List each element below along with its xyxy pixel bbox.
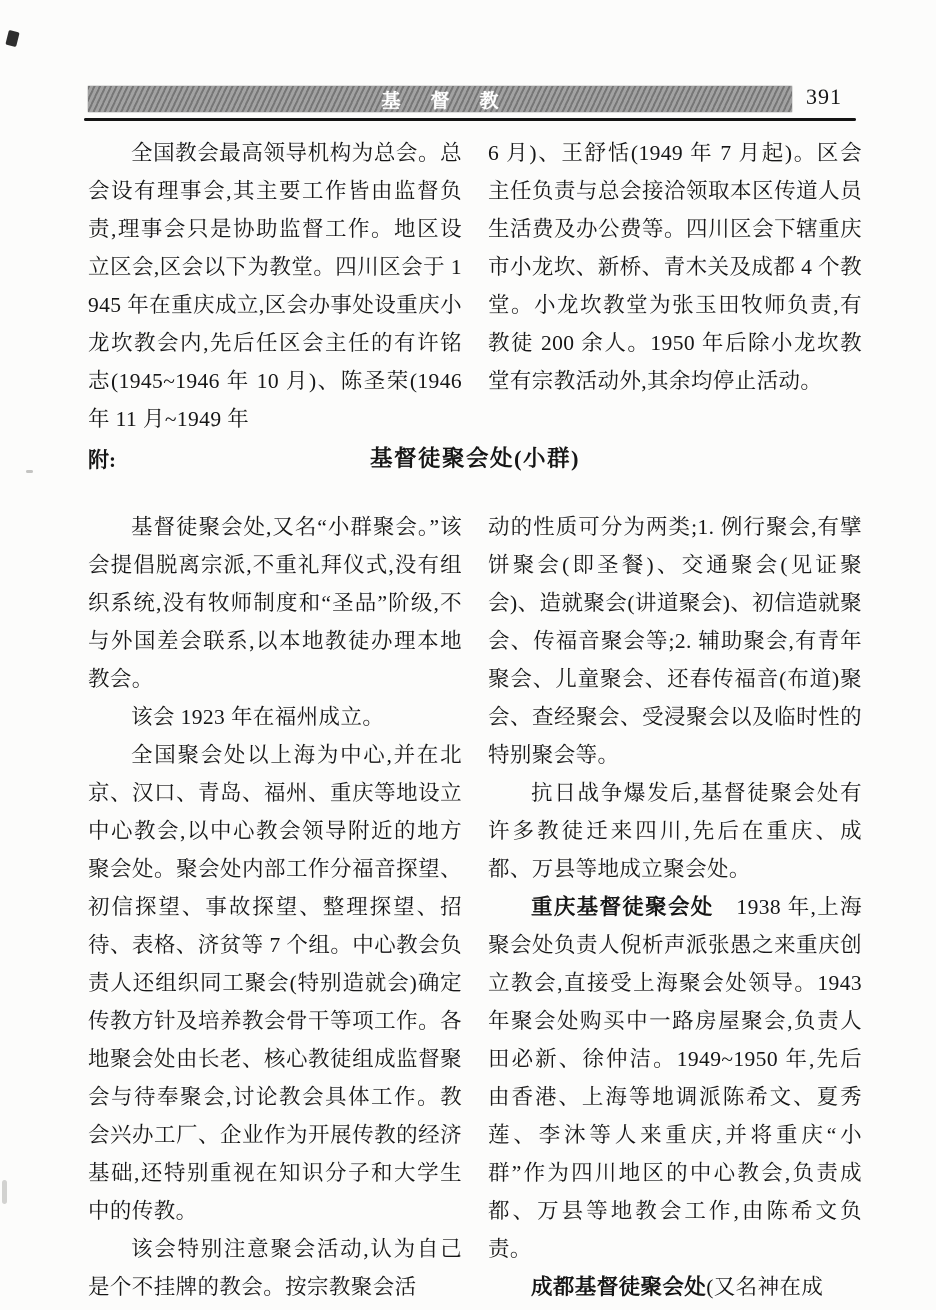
top-left-column: 全国教会最高领导机构为总会。总会设有理事会,其主要工作皆由监督负责,理事会只是协… bbox=[88, 134, 462, 438]
paragraph: 全国聚会处以上海为中心,并在北京、汉口、青岛、福州、重庆等地设立中心教会,以中心… bbox=[88, 736, 462, 1230]
appendix-title: 基督徒聚会处(小群) bbox=[88, 441, 862, 473]
paragraph-chengdu-entry: 成都基督徒聚会处(又名神在成 bbox=[488, 1268, 862, 1306]
running-head-title: 基督教 bbox=[351, 86, 528, 113]
entry-name-chengdu: 成都基督徒聚会处 bbox=[531, 1275, 706, 1299]
scan-smudge bbox=[2, 1180, 7, 1204]
body-left-column: 基督徒聚会处,又名“小群聚会。”该会提倡脱离宗派,不重礼拜仪式,没有组织系统,没… bbox=[88, 508, 462, 1306]
scan-ink-mark bbox=[5, 30, 19, 47]
running-head-bar: 基督教 bbox=[88, 86, 792, 112]
paragraph-continuation: 6 月)、王舒恬(1949 年 7 月起)。区会主任负责与总会接洽领取本区传道人… bbox=[488, 134, 862, 400]
entry-name-chongqing: 重庆基督徒聚会处 bbox=[531, 895, 714, 919]
top-right-column: 6 月)、王舒恬(1949 年 7 月起)。区会主任负责与总会接洽领取本区传道人… bbox=[488, 134, 862, 400]
appendix-label: 附: bbox=[88, 444, 116, 474]
entry-text: (又名神在成 bbox=[706, 1275, 823, 1299]
paragraph: 抗日战争爆发后,基督徒聚会处有许多教徒迁来四川,先后在重庆、成都、万县等地成立聚… bbox=[488, 774, 862, 888]
paragraph: 基督徒聚会处,又名“小群聚会。”该会提倡脱离宗派,不重礼拜仪式,没有组织系统,没… bbox=[88, 508, 462, 698]
entry-text: 1938 年,上海聚会处负责人倪析声派张愚之来重庆创立教会,直接受上海聚会处领导… bbox=[488, 895, 862, 1261]
paragraph-continuation: 动的性质可分为两类;1. 例行聚会,有擘饼聚会(即圣餐)、交通聚会(见证聚会)、… bbox=[488, 508, 862, 774]
paragraph-chongqing-entry: 重庆基督徒聚会处 1938 年,上海聚会处负责人倪析声派张愚之来重庆创立教会,直… bbox=[488, 888, 862, 1268]
paragraph: 该会 1923 年在福州成立。 bbox=[88, 698, 462, 736]
scanned-book-page: 基督教 391 全国教会最高领导机构为总会。总会设有理事会,其主要工作皆由监督负… bbox=[0, 0, 936, 1310]
paragraph: 该会特别注意聚会活动,认为自己是个不挂牌的教会。按宗教聚会活 bbox=[88, 1230, 462, 1306]
appendix-heading-row: 附: 基督徒聚会处(小群) bbox=[88, 441, 862, 475]
scan-smudge bbox=[26, 470, 33, 473]
body-right-column: 动的性质可分为两类;1. 例行聚会,有擘饼聚会(即圣餐)、交通聚会(见证聚会)、… bbox=[488, 508, 862, 1306]
page-number: 391 bbox=[806, 84, 842, 110]
paragraph: 全国教会最高领导机构为总会。总会设有理事会,其主要工作皆由监督负责,理事会只是协… bbox=[88, 134, 462, 438]
header-rule bbox=[84, 118, 856, 121]
